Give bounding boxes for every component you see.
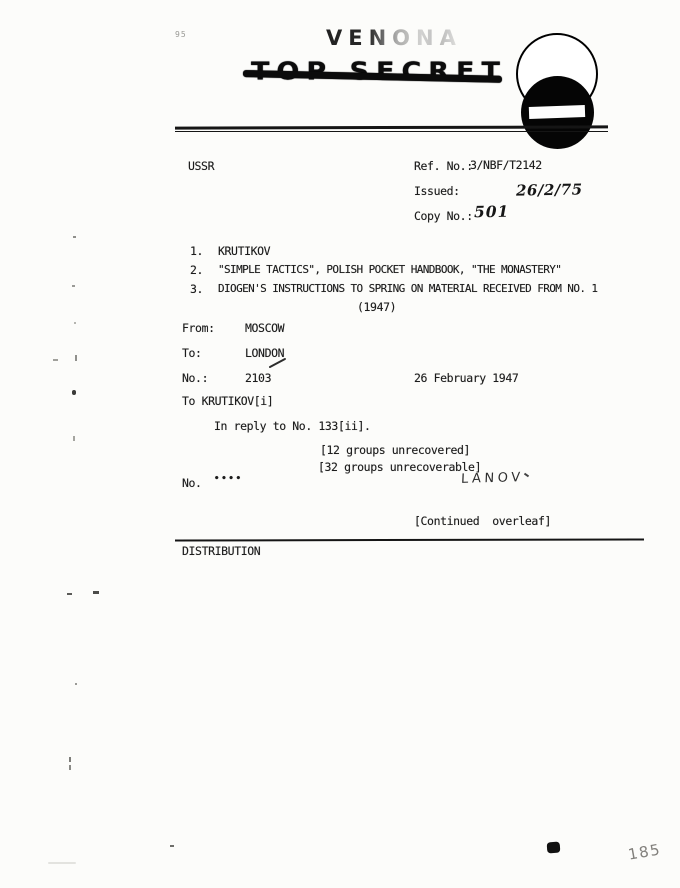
scan-artifact	[69, 765, 71, 770]
scan-artifact	[48, 862, 76, 864]
subject-3-text: DIOGEN'S INSTRUCTIONS TO SPRING ON MATER…	[218, 282, 597, 295]
ref-no-value: 3/NBF/T2142	[470, 158, 542, 172]
continued-note: [Continued overleaf]	[414, 514, 551, 528]
copy-no-handwritten: 501	[474, 202, 510, 222]
groups-unrecovered: [12 groups unrecovered]	[320, 443, 470, 457]
footer-rule	[175, 539, 644, 542]
scan-artifact	[74, 322, 76, 324]
scan-artifact	[170, 845, 174, 847]
signature-dots: ••••	[214, 474, 243, 484]
issued-label: Issued:	[414, 184, 460, 198]
scan-artifact	[72, 285, 75, 287]
salutation: To KRUTIKOV[i]	[182, 394, 273, 408]
scan-artifact	[75, 683, 77, 685]
scanned-document-page: 95 VENONA TOP SECRET USSR Ref. No.: 3/NB…	[0, 0, 680, 888]
groups-unrecoverable: [32 groups unrecoverable]	[318, 460, 481, 474]
from-label: From:	[182, 321, 215, 335]
no-entry-stamp-bar	[528, 105, 585, 119]
handwritten-page-number: 185	[627, 840, 663, 863]
no-entry-stamp-disc	[521, 76, 594, 149]
no-entry-stamp-icon	[516, 33, 598, 115]
scan-artifact	[72, 390, 76, 395]
issued-date-handwritten: 26/2/75	[516, 180, 583, 199]
distribution-heading: DISTRIBUTION	[182, 544, 260, 558]
scan-artifact	[53, 359, 58, 361]
subject-year: (1947)	[357, 300, 396, 314]
copy-no-label: Copy No.:	[414, 209, 473, 223]
msg-no-label: No.:	[182, 371, 208, 385]
to-value: LONDON	[245, 346, 284, 360]
from-value: MOSCOW	[245, 321, 284, 335]
subject-1-text: KRUTIKOV	[218, 244, 270, 258]
subject-1-num: 1.	[190, 244, 203, 258]
subject-2-text: "SIMPLE TACTICS", POLISH POCKET HANDBOOK…	[218, 263, 561, 276]
scan-artifact	[73, 436, 75, 441]
subject-3-num: 3.	[190, 282, 203, 296]
pen-tick-mark	[524, 473, 529, 478]
to-label: To:	[182, 346, 202, 360]
scan-artifact	[75, 355, 77, 361]
msg-date: 26 February 1947	[414, 371, 518, 385]
scan-artifact	[73, 236, 76, 238]
scan-artifact	[69, 757, 71, 762]
reply-line: In reply to No. 133[ii].	[214, 419, 371, 433]
ink-blob-mark	[547, 842, 561, 854]
subject-2-num: 2.	[190, 263, 203, 277]
signature-no-label: No.	[182, 476, 202, 490]
scan-artifact	[93, 591, 99, 594]
header-rule-bottom	[175, 131, 608, 132]
venona-stamp: VENONA	[326, 26, 462, 50]
scan-artifact	[67, 593, 72, 595]
msg-no-value: 2103	[245, 371, 271, 385]
ref-no-label: Ref. No.:	[414, 159, 473, 173]
corner-mark: 95	[175, 30, 187, 39]
handwritten-name: LANOV	[461, 470, 524, 487]
country-label: USSR	[188, 159, 214, 173]
